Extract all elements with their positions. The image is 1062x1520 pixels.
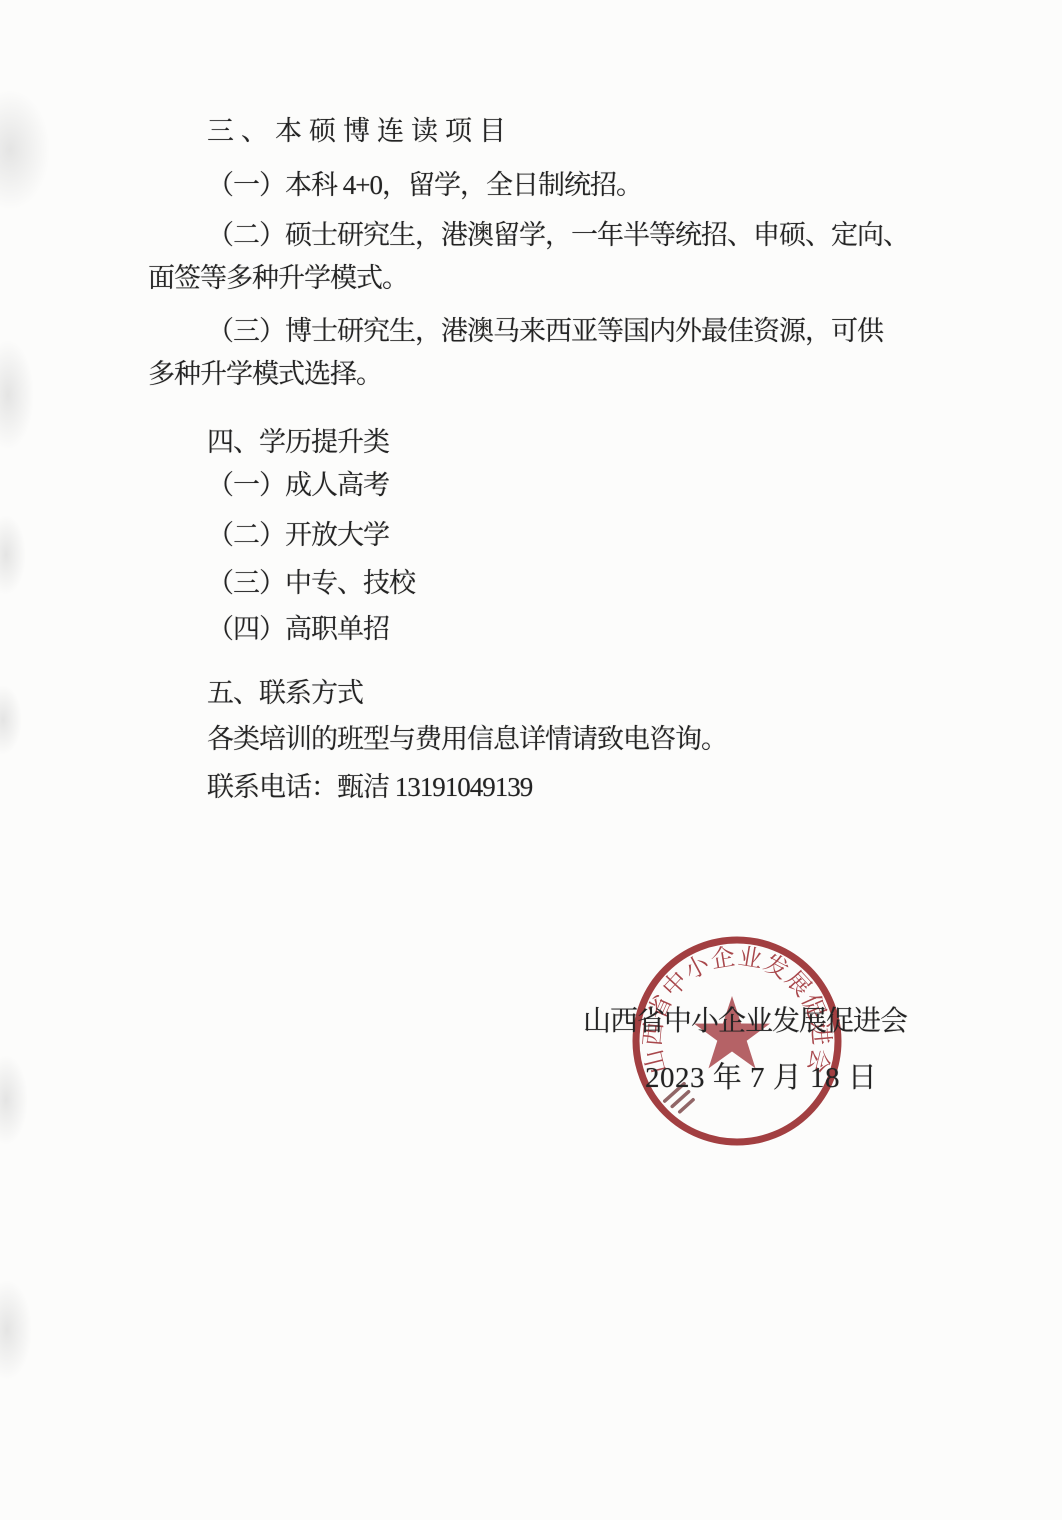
section3-heading: 三、本硕博连读项目 (207, 111, 513, 151)
section3-item3-line1: （三）博士研究生，港澳马来西亚等国内外最佳资源，可供 (207, 311, 883, 351)
section5-body-line1: 各类培训的班型与费用信息详情请致电咨询。 (207, 719, 727, 759)
section4-heading: 四、学历提升类 (207, 422, 389, 462)
section3-item2-line1: （二）硕士研究生，港澳留学，一年半等统招、申硕、定向、 (207, 215, 909, 255)
section4-item2: （二）开放大学 (207, 515, 389, 555)
signature-organization: 山西省中小企业发展促进会 (583, 1002, 907, 1042)
scan-smudge (0, 1055, 28, 1145)
section4-item3: （三）中专、技校 (207, 563, 415, 603)
scan-smudge (0, 90, 50, 210)
section3-item3-line2: 多种升学模式选择。 (148, 354, 382, 394)
scanned-document-page: 三、本硕博连读项目 （一）本科 4+0，留学，全日制统招。 （二）硕士研究生，港… (0, 0, 1062, 1520)
scan-smudge (0, 340, 34, 450)
section3-item2-line2: 面签等多种升学模式。 (148, 258, 408, 298)
section4-item4: （四）高职单招 (207, 609, 389, 649)
section5-heading: 五、联系方式 (207, 673, 363, 713)
section3-item1: （一）本科 4+0，留学，全日制统招。 (207, 165, 642, 205)
scan-smudge (0, 1280, 32, 1380)
section5-contact-line: 联系电话：甄洁 13191049139 (207, 767, 532, 807)
section4-item1: （一）成人高考 (207, 465, 389, 505)
signature-date: 2023 年 7 月 18 日 (645, 1058, 877, 1098)
scan-smudge (0, 685, 22, 755)
scan-smudge (0, 515, 26, 595)
